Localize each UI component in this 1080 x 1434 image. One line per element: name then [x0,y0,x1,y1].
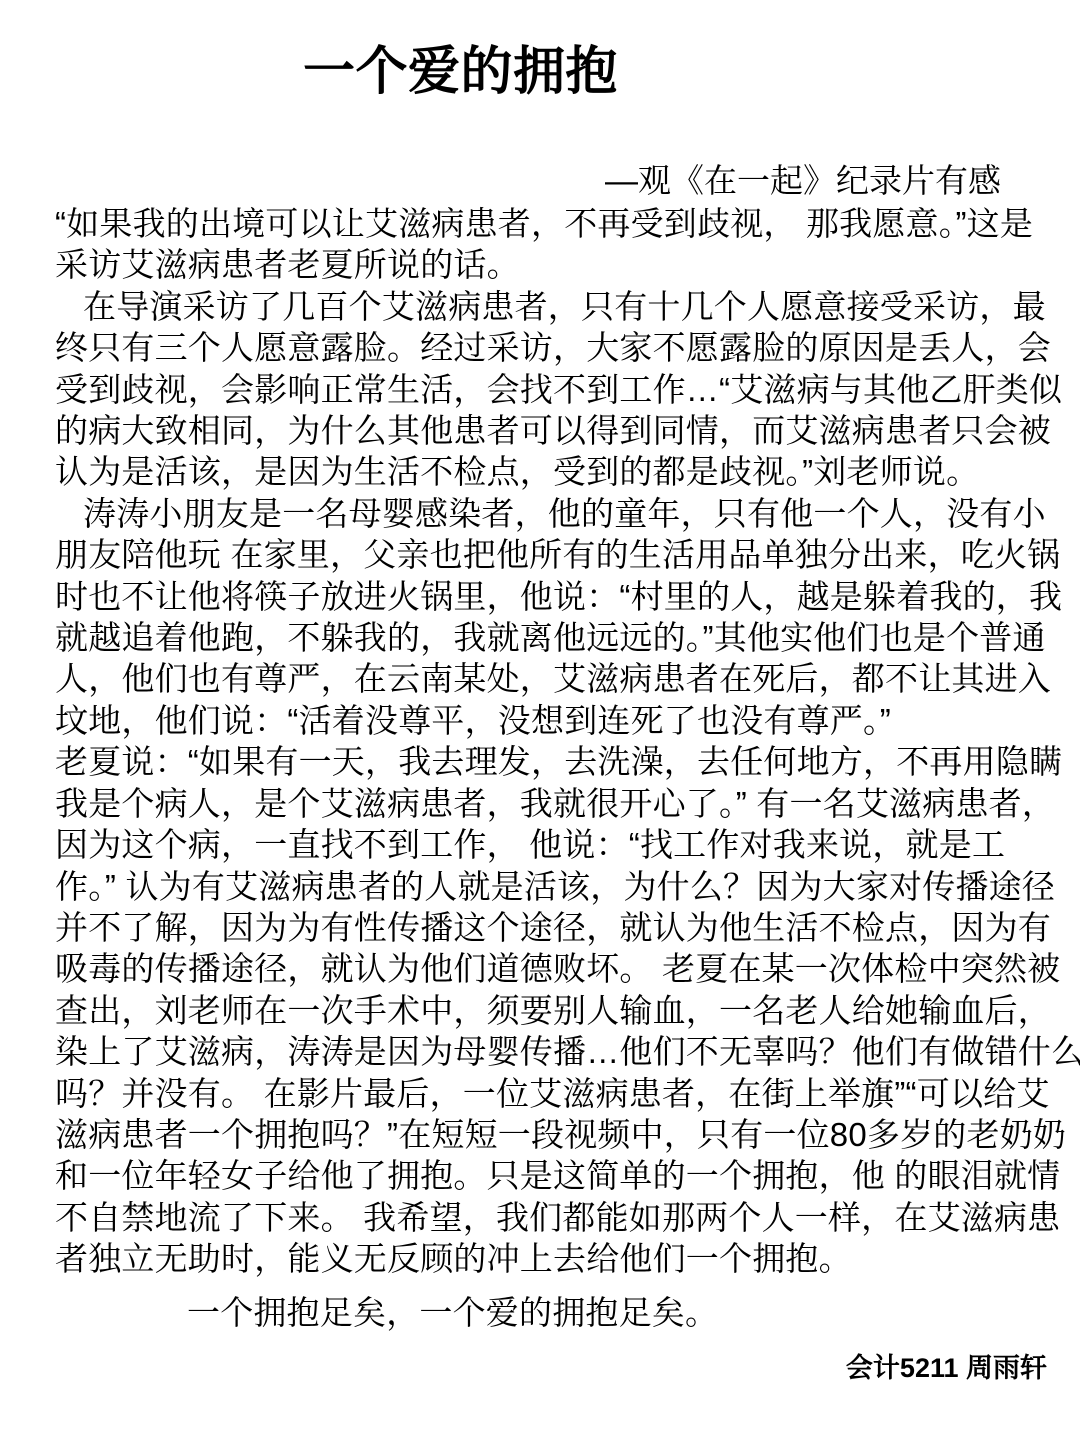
document-byline: —观《在一起》纪录片有感 [605,161,1001,201]
body-line: 就越追着他跑，不躲我的，我就离他远远的。”其他实他们也是个普通 [55,617,1045,658]
document-page: 一个爱的拥抱 —观《在一起》纪录片有感 “如果我的出境可以让艾滋病患者，不再受到… [0,0,1080,1434]
body-line: 者独立无助时，能义无反顾的冲上去给他们一个拥抱。 [55,1238,1045,1279]
body-line: 朋友陪他玩 在家里，父亲也把他所有的生活用品单独分出来，吃火锅 [55,534,1045,575]
signature: 会计5211 周雨轩 [846,1352,1047,1384]
body-line: 不自禁地流了下来。 我希望，我们都能如那两个人一样，在艾滋病患 [55,1197,1045,1238]
document-title: 一个爱的拥抱 [303,42,618,102]
body-line: 因为这个病，一直找不到工作， 他说：“找工作对我来说，就是工 [55,824,1045,865]
body-line: 在导演采访了几百个艾滋病患者，只有十几个人愿意接受采访，最 [55,286,1045,327]
body-line: 我是个病人，是个艾滋病患者，我就很开心了。” 有一名艾滋病患者， [55,783,1045,824]
body-line: 查出，刘老师在一次手术中，须要别人输血，一名老人给她输血后， [55,990,1045,1031]
body-line: 认为是活该，是因为生活不检点，受到的都是歧视。”刘老师说。 [55,451,1045,492]
body-line: 受到歧视，会影响正常生活，会找不到工作…“艾滋病与其他乙肝类似 [55,369,1045,410]
body-line: 染上了艾滋病，涛涛是因为母婴传播…他们不无辜吗？他们有做错什么 [55,1031,1045,1072]
body-line: 吗？并没有。 在影片最后，一位艾滋病患者，在街上举旗”“可以给艾 [55,1073,1045,1114]
body-line: 和一位年轻女子给他了拥抱。只是这简单的一个拥抱，他 的眼泪就情 [55,1155,1045,1196]
body-line: 吸毒的传播途径，就认为他们道德败坏。 老夏在某一次体检中突然被 [55,948,1045,989]
body-line: 涛涛小朋友是一名母婴感染者，他的童年，只有他一个人，没有小 [55,493,1045,534]
body-line: 坟地，他们说：“活着没尊平，没想到连死了也没有尊严。” [55,700,1045,741]
body-line: 终只有三个人愿意露脸。经过采访，大家不愿露脸的原因是丢人，会 [55,327,1045,368]
document-body: “如果我的出境可以让艾滋病患者，不再受到歧视， 那我愿意。”这是 采访艾滋病患者… [55,203,1045,1280]
body-line: 作。” 认为有艾滋病患者的人就是活该，为什么？因为大家对传播途径 [55,866,1045,907]
body-line: 采访艾滋病患者老夏所说的话。 [55,244,1045,285]
body-line: 的病大致相同，为什么其他患者可以得到同情，而艾滋病患者只会被 [55,410,1045,451]
body-line: 老夏说：“如果有一天，我去理发，去洗澡，去任何地方，不再用隐瞒 [55,741,1045,782]
body-line: “如果我的出境可以让艾滋病患者，不再受到歧视， 那我愿意。”这是 [55,203,1045,244]
body-line: 滋病患者一个拥抱吗？”在短短一段视频中，只有一位80多岁的老奶奶 [55,1114,1045,1155]
body-line: 并不了解，因为为有性传播这个途径，就认为他生活不检点，因为有 [55,907,1045,948]
body-line: 时也不让他将筷子放进火锅里，他说：“村里的人，越是躲着我的，我 [55,576,1045,617]
body-line: 人，他们也有尊严，在云南某处，艾滋病患者在死后，都不让其进入 [55,658,1045,699]
closing-line: 一个拥抱足矣，一个爱的拥抱足矣。 [187,1292,718,1333]
